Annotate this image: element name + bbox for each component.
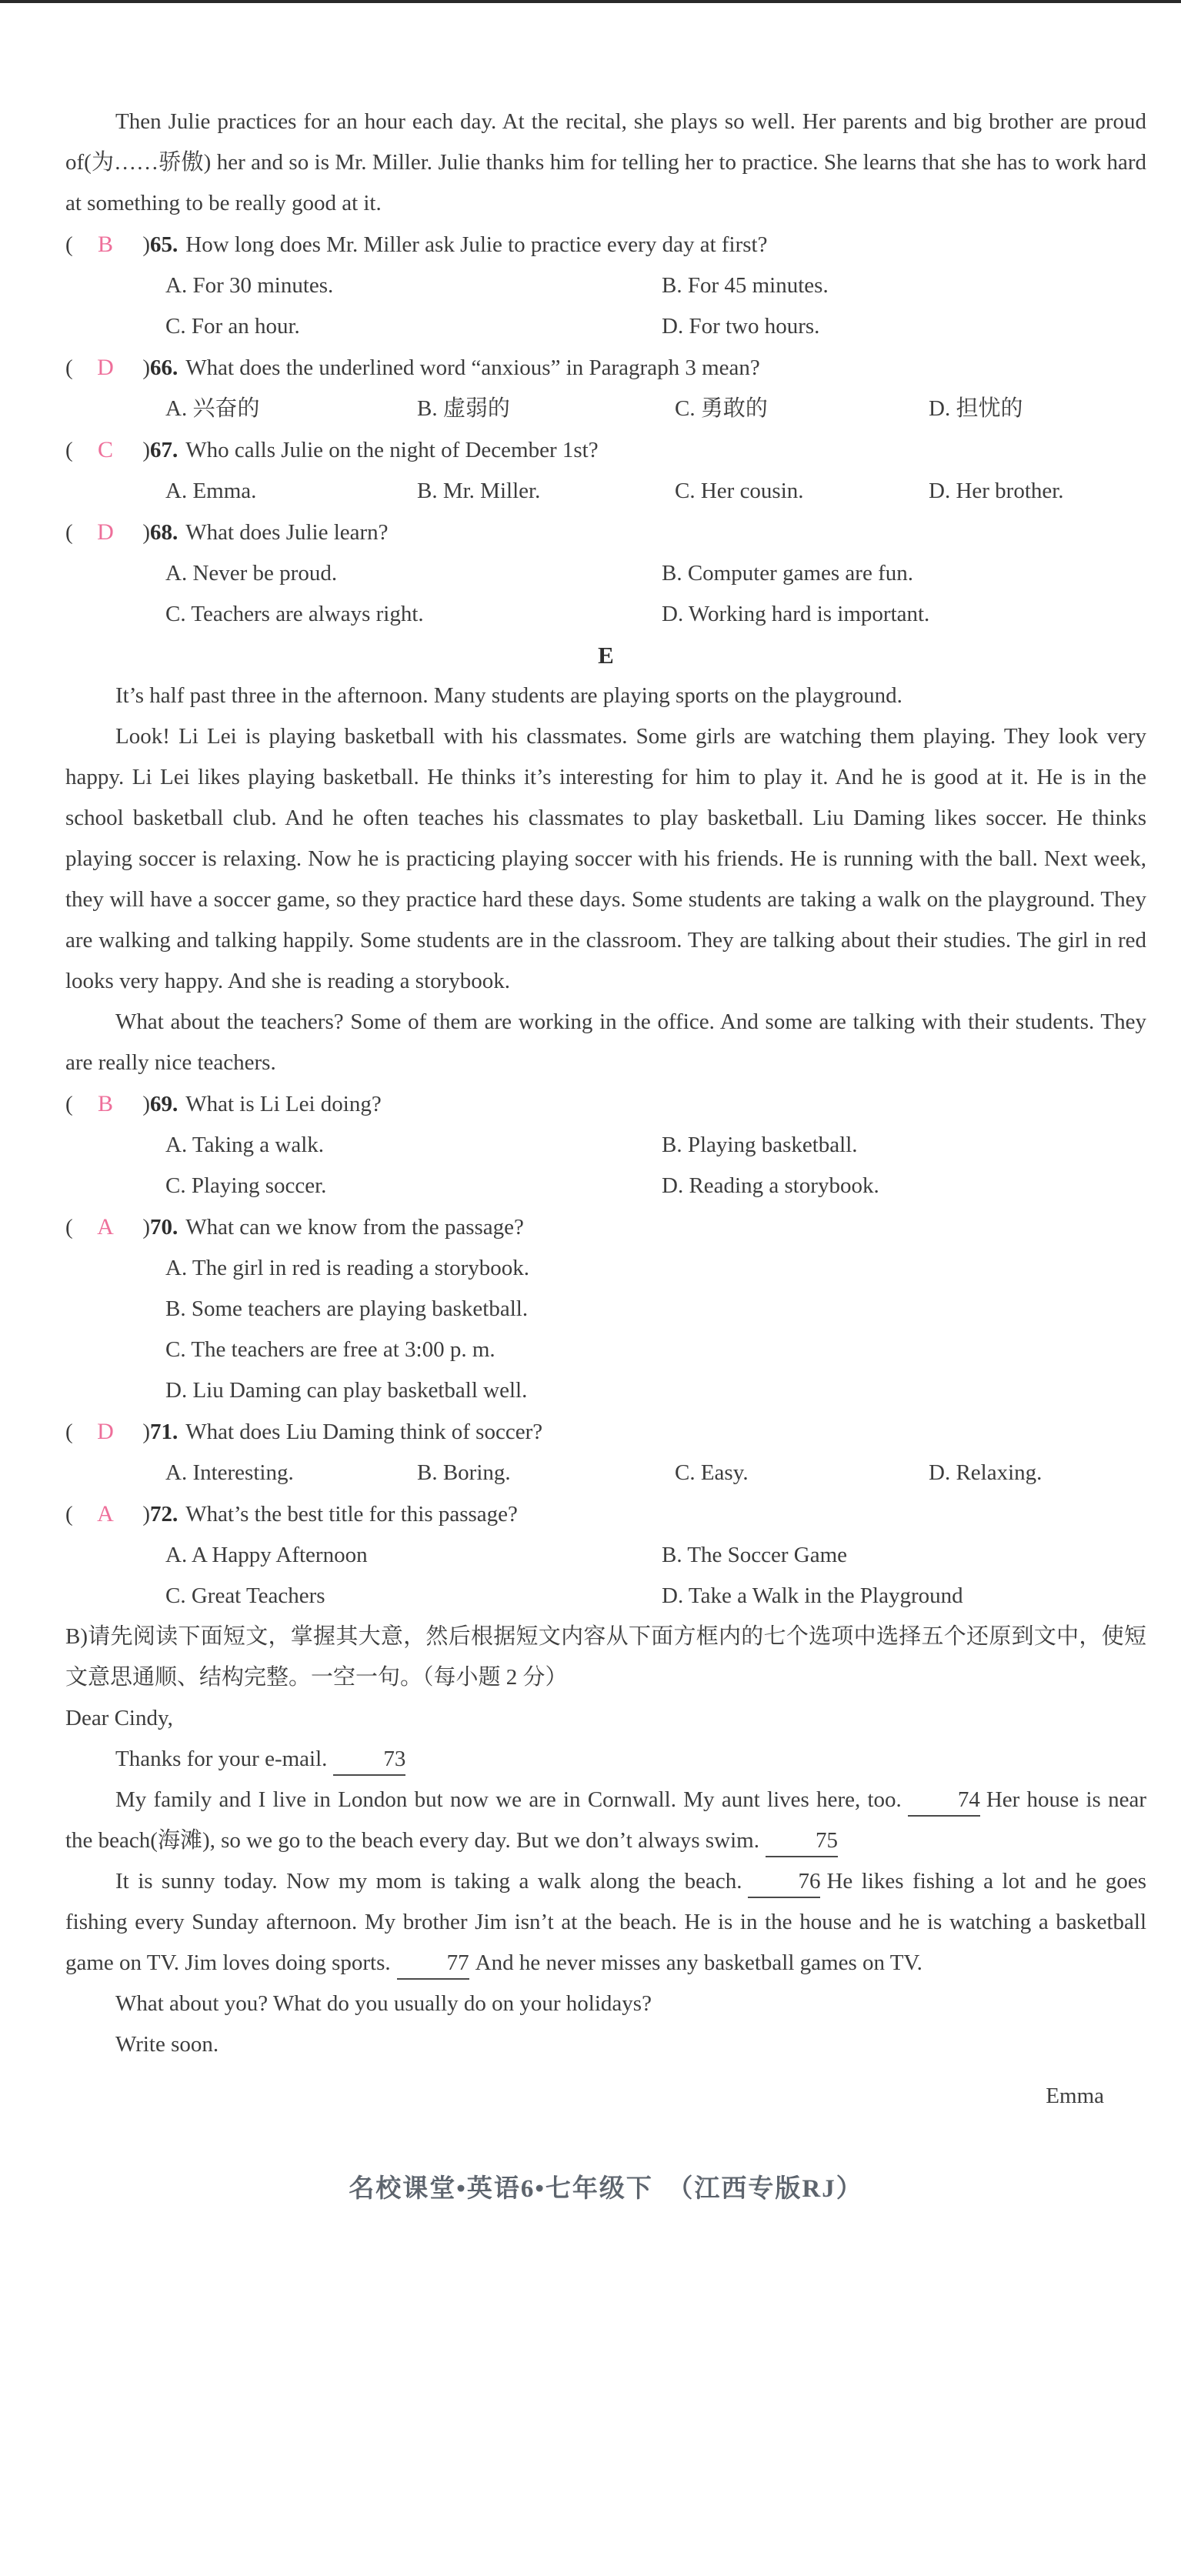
section-e-title: E: [65, 635, 1146, 676]
letter-paragraph-2: My family and I live in London but now w…: [65, 1780, 1146, 1861]
paren-close: ): [127, 225, 150, 265]
option: A. The girl in red is reading a storyboo…: [165, 1248, 1146, 1289]
option: C. Her cousin.: [675, 471, 929, 512]
question-number: 69.: [150, 1092, 178, 1116]
paren-open: (: [65, 430, 84, 471]
passage-e-paragraph-1: It’s half past three in the afternoon. M…: [65, 676, 1146, 716]
question-72: (A)72.What’s the best title for this pas…: [65, 1493, 1146, 1535]
options-70: A. The girl in red is reading a storyboo…: [165, 1248, 1146, 1411]
option: C. The teachers are free at 3:00 p. m.: [165, 1330, 1146, 1370]
blank-73: 73: [333, 1743, 405, 1776]
paren-open: (: [65, 1207, 84, 1248]
paren-close: ): [127, 512, 150, 553]
options-72: A. A Happy Afternoon B. The Soccer Game …: [165, 1535, 1146, 1617]
option: D. Her brother.: [929, 471, 1146, 512]
option: B. For 45 minutes.: [662, 265, 1146, 306]
question-69: (B)69.What is Li Lei doing?: [65, 1083, 1146, 1125]
question-number: 72.: [150, 1502, 178, 1527]
blank-76: 76: [748, 1866, 820, 1898]
paren-open: (: [65, 1494, 84, 1535]
paren-open: (: [65, 1412, 84, 1453]
answer-letter: D: [84, 512, 127, 552]
question-text: What does the underlined word “anxious” …: [185, 355, 760, 380]
option: D. Reading a storybook.: [662, 1166, 1146, 1206]
letter-signature: Emma: [65, 2076, 1146, 2117]
option: B. Mr. Miller.: [417, 471, 675, 512]
letter-text: It is sunny today. Now my mom is taking …: [115, 1869, 742, 1894]
option: A. Taking a walk.: [165, 1125, 662, 1166]
question-71: (D)71.What does Liu Daming think of socc…: [65, 1411, 1146, 1453]
letter-text: And he never misses any basketball games…: [475, 1950, 922, 1975]
letter-salutation: Dear Cindy,: [65, 1698, 1146, 1739]
paren-close: ): [127, 1084, 150, 1125]
blank-74: 74: [908, 1784, 980, 1817]
question-67: (C)67.Who calls Julie on the night of De…: [65, 429, 1146, 471]
option: C. Playing soccer.: [165, 1166, 662, 1206]
option: B. Some teachers are playing basketball.: [165, 1289, 1146, 1330]
option: C. Teachers are always right.: [165, 594, 662, 635]
paren-open: (: [65, 1084, 84, 1125]
passage-e-paragraph-2: Look! Li Lei is playing basketball with …: [65, 716, 1146, 1002]
section-b-instruction: B)请先阅读下面短文，掌握其大意，然后根据短文内容从下面方框内的七个选项中选择五…: [65, 1617, 1146, 1698]
paren-close: ): [127, 430, 150, 471]
option: A. 兴奋的: [165, 389, 417, 429]
answer-letter: B: [84, 224, 127, 265]
option: D. Relaxing.: [929, 1453, 1146, 1493]
question-text: What is Li Lei doing?: [185, 1092, 382, 1116]
option: A. Interesting.: [165, 1453, 417, 1493]
option: B. Playing basketball.: [662, 1125, 1146, 1166]
options-71: A. Interesting. B. Boring. C. Easy. D. R…: [165, 1453, 1146, 1493]
blank-75: 75: [766, 1825, 838, 1857]
question-65: (B)65.How long does Mr. Miller ask Julie…: [65, 224, 1146, 265]
paren-open: (: [65, 225, 84, 265]
question-text: What’s the best title for this passage?: [185, 1502, 518, 1527]
answer-letter: D: [84, 1411, 127, 1452]
question-number: 67.: [150, 438, 178, 462]
option: C. 勇敢的: [675, 389, 929, 429]
question-number: 71.: [150, 1420, 178, 1444]
option: B. 虚弱的: [417, 389, 675, 429]
answer-letter: A: [84, 1493, 127, 1534]
option: B. Boring.: [417, 1453, 675, 1493]
question-68: (D)68.What does Julie learn?: [65, 512, 1146, 553]
option: A. Never be proud.: [165, 553, 662, 594]
paren-open: (: [65, 348, 84, 389]
options-66: A. 兴奋的 B. 虚弱的 C. 勇敢的 D. 担忧的: [165, 389, 1146, 429]
letter-paragraph-4: What about you? What do you usually do o…: [65, 1984, 1146, 2024]
question-number: 65.: [150, 232, 178, 257]
letter-paragraph-3: It is sunny today. Now my mom is taking …: [65, 1861, 1146, 1984]
letter-text: My family and I live in London but now w…: [115, 1787, 902, 1812]
passage-d-tail: Then Julie practices for an hour each da…: [65, 102, 1146, 224]
blank-77: 77: [397, 1947, 469, 1980]
options-69: A. Taking a walk. B. Playing basketball.…: [165, 1125, 1146, 1206]
question-text: What can we know from the passage?: [185, 1215, 524, 1240]
paren-close: ): [127, 1207, 150, 1248]
question-text: Who calls Julie on the night of December…: [185, 438, 598, 462]
option: A. A Happy Afternoon: [165, 1535, 662, 1576]
options-68: A. Never be proud. B. Computer games are…: [165, 553, 1146, 635]
option: B. Computer games are fun.: [662, 553, 1146, 594]
option: D. 担忧的: [929, 389, 1146, 429]
option: D. Working hard is important.: [662, 594, 1146, 635]
option: C. Easy.: [675, 1453, 929, 1493]
options-67: A. Emma. B. Mr. Miller. C. Her cousin. D…: [165, 471, 1146, 512]
question-70: (A)70.What can we know from the passage?: [65, 1206, 1146, 1248]
answer-letter: B: [84, 1083, 127, 1124]
answer-letter: A: [84, 1206, 127, 1247]
option: D. For two hours.: [662, 306, 1146, 347]
option: C. Great Teachers: [165, 1576, 662, 1617]
question-66: (D)66.What does the underlined word “anx…: [65, 347, 1146, 389]
question-number: 68.: [150, 520, 178, 545]
question-text: What does Julie learn?: [185, 520, 388, 545]
question-text: What does Liu Daming think of soccer?: [185, 1420, 542, 1444]
letter-paragraph-1: Thanks for your e-mail.73: [65, 1739, 1146, 1780]
question-number: 70.: [150, 1215, 178, 1240]
paren-close: ): [127, 348, 150, 389]
letter-closing: Write soon.: [65, 2024, 1146, 2065]
option: A. Emma.: [165, 471, 417, 512]
option: A. For 30 minutes.: [165, 265, 662, 306]
answer-letter: C: [84, 429, 127, 470]
paren-close: ): [127, 1412, 150, 1453]
answer-letter: D: [84, 347, 127, 388]
options-65: A. For 30 minutes. B. For 45 minutes. C.…: [165, 265, 1146, 347]
passage-e-paragraph-3: What about the teachers? Some of them ar…: [65, 1002, 1146, 1083]
option: C. For an hour.: [165, 306, 662, 347]
paren-close: ): [127, 1494, 150, 1535]
option: D. Take a Walk in the Playground: [662, 1576, 1146, 1617]
book-footer: 名校课堂•英语6•七年级下 （江西专版RJ）: [65, 2169, 1146, 2210]
test-paper-page: Then Julie practices for an hour each da…: [0, 3, 1181, 2210]
question-number: 66.: [150, 355, 178, 380]
option: D. Liu Daming can play basketball well.: [165, 1370, 1146, 1411]
question-text: How long does Mr. Miller ask Julie to pr…: [185, 232, 767, 257]
option: B. The Soccer Game: [662, 1535, 1146, 1576]
letter-text: Thanks for your e-mail.: [115, 1747, 327, 1771]
paren-open: (: [65, 512, 84, 553]
